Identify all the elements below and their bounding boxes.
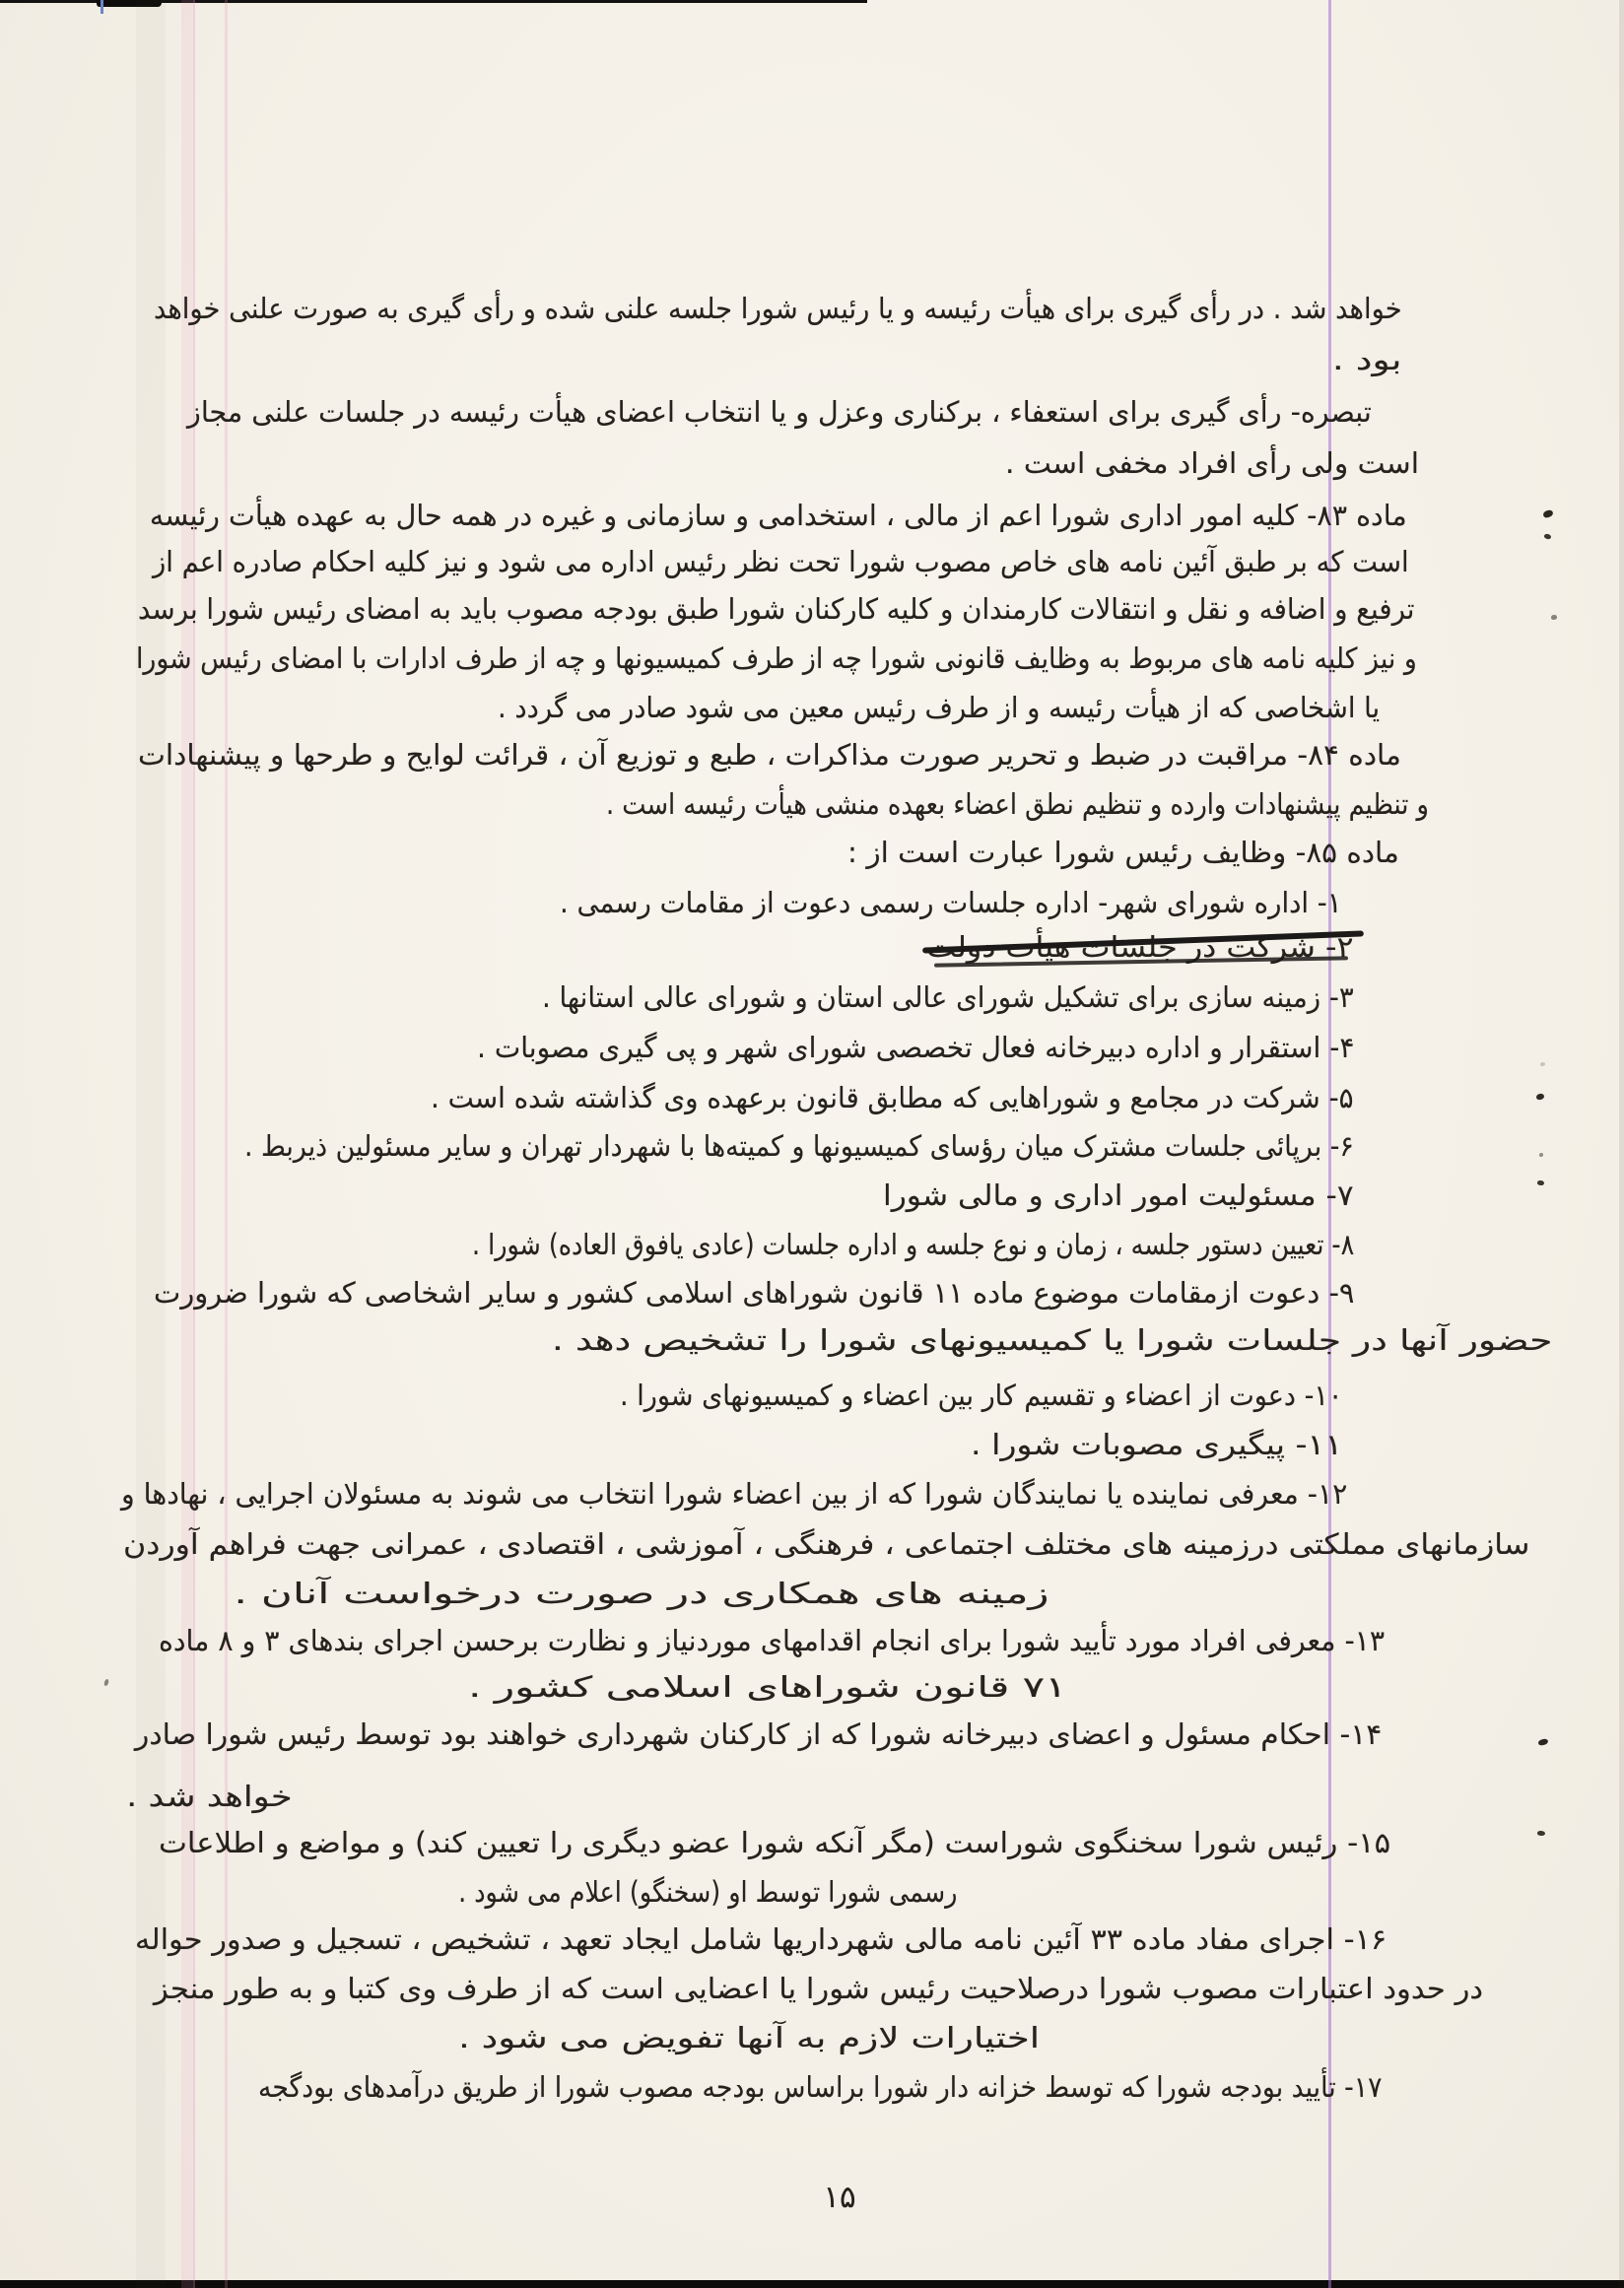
- ink-dot: [1542, 509, 1553, 518]
- ink-dot: [1539, 1153, 1543, 1157]
- scan-mark-blue-tick: [101, 0, 103, 14]
- text-line: حضور آنها در جلسات شورا یا کمیسیونهای شو…: [552, 1320, 1552, 1360]
- ink-dot: [1537, 1179, 1545, 1185]
- ink-dot: [1536, 1093, 1545, 1100]
- text-line: است که بر طبق آئین نامه های خاص مصوب شور…: [153, 542, 1409, 581]
- text-line: ماده ۸۴- مراقبت در ضبط و تحریر صورت مذاک…: [138, 735, 1401, 774]
- text-line: ۱۰- دعوت از اعضاء و تقسیم کار بین اعضاء …: [620, 1376, 1342, 1415]
- text-line: و نیز کلیه نامه های مربوط به وظایف قانون…: [136, 639, 1417, 678]
- text-line: ۸- تعیین دستور جلسه ، زمان و نوع جلسه و …: [472, 1225, 1354, 1264]
- text-line: خواهد شد . در رأی گیری برای هیأت رئیسه و…: [154, 289, 1402, 328]
- text-line: ۱۱- پیگیری مصوبات شورا .: [971, 1425, 1342, 1464]
- text-line: تبصره- رأی گیری برای استعفاء ، برکناری و…: [187, 392, 1372, 432]
- ink-dot: [1537, 1738, 1548, 1746]
- text-line: و تنظیم پیشنهادات وارده و تنظیم نطق اعضا…: [606, 784, 1429, 824]
- text-line: بود .: [1331, 340, 1401, 379]
- text-line: یا اشخاصی که از هیأت رئیسه و از طرف رئیس…: [498, 688, 1380, 727]
- text-line: رسمی شورا توسط او (سخنگو) اعلام می شود .: [458, 1872, 957, 1912]
- text-line: ماده ۸۵- وظایف رئیس شورا عبارت است از :: [847, 833, 1399, 872]
- text-line: ۱۲- معرفی نماینده یا نمایندگان شورا که ا…: [121, 1474, 1347, 1514]
- text-line: سازمانهای مملکتی درزمینه های مختلف اجتما…: [123, 1524, 1529, 1564]
- text-line: ۱۳- معرفی افراد مورد تأیید شورا برای انج…: [159, 1621, 1385, 1660]
- text-line: ۳- زمینه سازی برای تشکیل شورای عالی استا…: [542, 977, 1354, 1017]
- text-line: ۱- اداره شورای شهر- اداره جلسات رسمی دعو…: [560, 883, 1342, 922]
- text-line: زمینه های همکاری در صورت درخواست آنان .: [235, 1574, 1049, 1613]
- ink-dot: [1551, 615, 1557, 620]
- scan-edge-bottom: [0, 2280, 1624, 2288]
- text-line: ۹- دعوت ازمقامات موضوع ماده ۱۱ قانون شور…: [153, 1273, 1354, 1312]
- ink-dot: [1543, 533, 1551, 540]
- ink-dot: [103, 1679, 109, 1687]
- ink-dot: [1540, 1062, 1545, 1066]
- scanned-document-page: خواهد شد . در رأی گیری برای هیأت رئیسه و…: [0, 0, 1624, 2288]
- text-line: ماده ۸۳- کلیه امور اداری شورا اعم از مال…: [150, 496, 1407, 535]
- text-line: ترفیع و اضافه و نقل و انتقالات کارمندان …: [139, 589, 1415, 629]
- text-line: ۱۵- رئیس شورا سخنگوی شوراست (مگر آنکه شو…: [159, 1823, 1390, 1862]
- page-number: ۱۵: [800, 2180, 879, 2215]
- text-line: ۴- استقرار و اداره دبیرخانه فعال تخصصی ش…: [477, 1028, 1354, 1067]
- scan-edge-right: [1619, 0, 1624, 2288]
- text-line: ۶- برپائی جلسات مشترک میان رؤسای کمیسیون…: [244, 1126, 1354, 1166]
- ink-dot: [1537, 1830, 1546, 1836]
- text-line: اختیارات لازم به آنها تفویض می شود .: [458, 2018, 1040, 2057]
- text-line: در حدود اعتبارات مصوب شورا درصلاحیت رئیس…: [154, 1969, 1483, 2008]
- text-line: ۱۶- اجرای مفاد ماده ۳۳ آئین نامه مالی شه…: [135, 1919, 1387, 1959]
- text-line: ۷- مسئولیت امور اداری و مالی شورا: [883, 1176, 1354, 1215]
- text-line: ۱۷- تأیید بودجه شورا که توسط خزانه دار ش…: [258, 2067, 1382, 2107]
- text-line: ۷۱ قانون شوراهای اسلامی کشور .: [468, 1667, 1067, 1707]
- text-line: خواهد شد .: [126, 1777, 293, 1816]
- text-line: ۵- شرکت در مجامع و شوراهایی که مطابق قان…: [431, 1078, 1354, 1117]
- text-line: است ولی رأی افراد مخفی است .: [1005, 443, 1419, 483]
- text-line: ۱۴- احکام مسئول و اعضای دبیرخانه شورا که…: [135, 1715, 1382, 1754]
